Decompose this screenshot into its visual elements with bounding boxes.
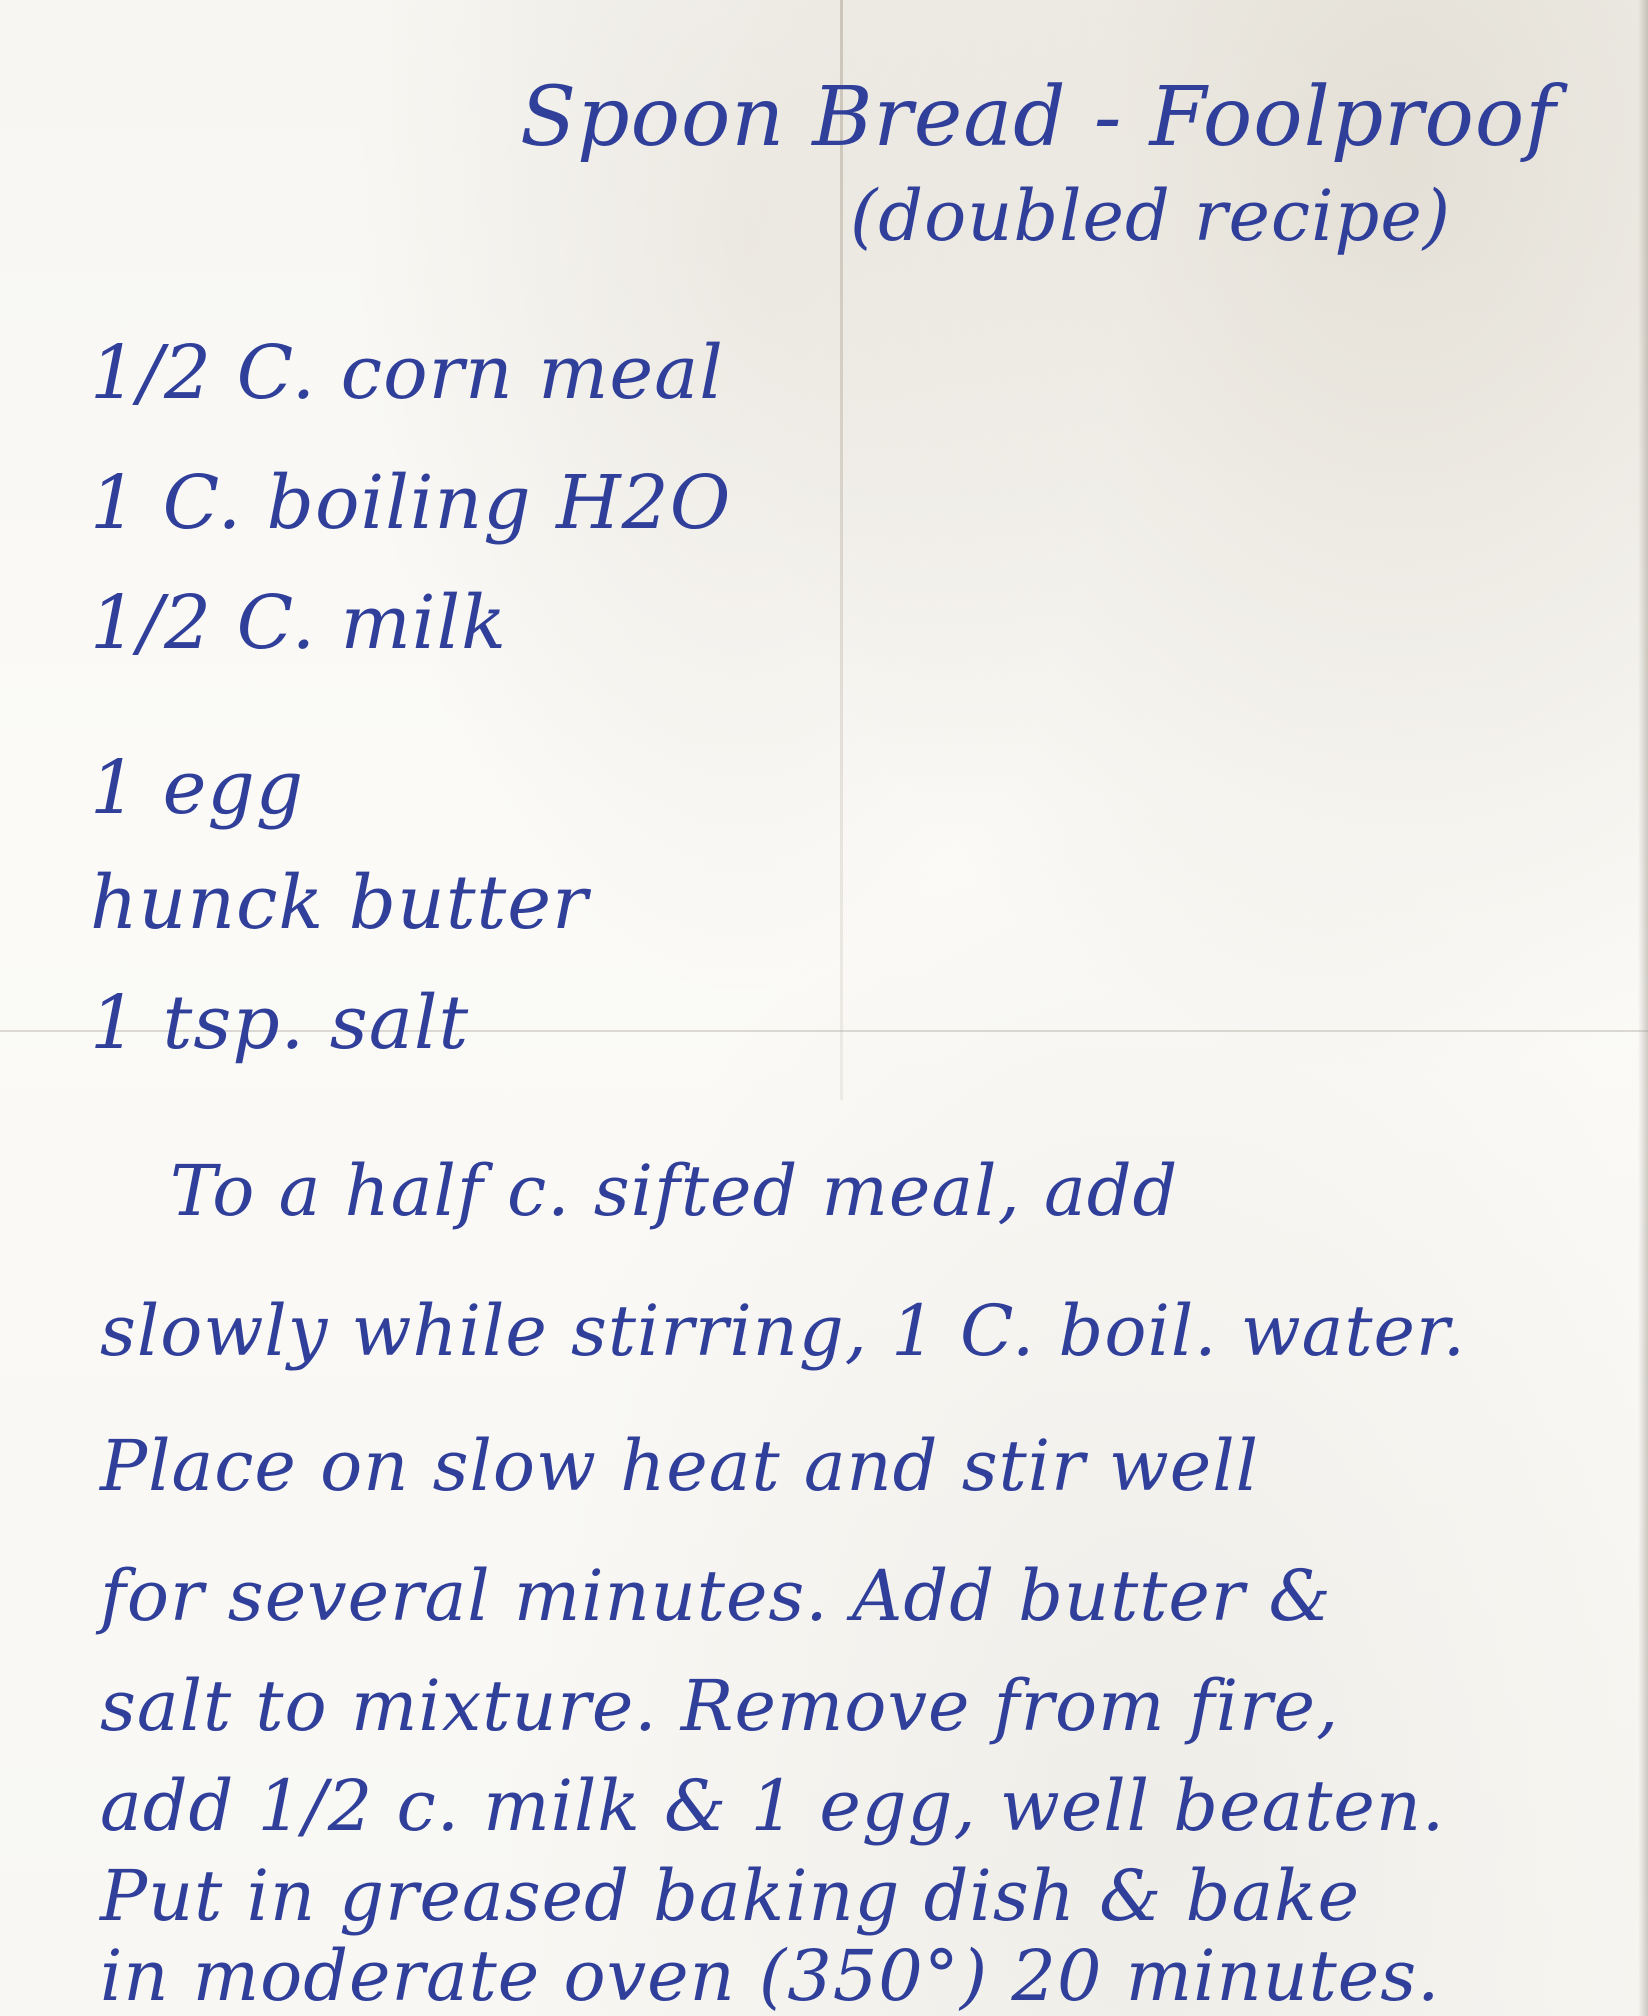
ingredient-item: 1/2 C. corn meal xyxy=(90,330,724,416)
ingredient-item: 1 egg xyxy=(90,745,304,831)
ingredient-item: 1/2 C. milk xyxy=(90,580,507,666)
method-line: in moderate oven (350°) 20 minutes. xyxy=(100,1935,1440,2016)
recipe-subtitle: (doubled recipe) xyxy=(850,175,1451,257)
paper-edge xyxy=(1638,0,1648,2016)
method-line: Put in greased baking dish & bake xyxy=(100,1855,1360,1937)
ingredient-item: 1 C. boiling H2O xyxy=(90,460,731,546)
method-line: salt to mixture. Remove from fire, xyxy=(100,1665,1339,1747)
method-line: slowly while stirring, 1 C. boil. water. xyxy=(100,1290,1466,1372)
recipe-card: Spoon Bread - Foolproof (doubled recipe)… xyxy=(0,0,1648,2016)
method-line: for several minutes. Add butter & xyxy=(100,1555,1332,1637)
recipe-title: Spoon Bread - Foolproof xyxy=(520,70,1557,165)
method-line: To a half c. sifted meal, add xyxy=(170,1150,1178,1232)
method-line: add 1/2 c. milk & 1 egg, well beaten. xyxy=(100,1765,1445,1847)
method-line: Place on slow heat and stir well xyxy=(100,1425,1259,1507)
paper-fold-vertical xyxy=(840,0,843,1100)
ingredient-item: 1 tsp. salt xyxy=(90,980,469,1066)
ingredient-item: hunck butter xyxy=(90,860,588,946)
